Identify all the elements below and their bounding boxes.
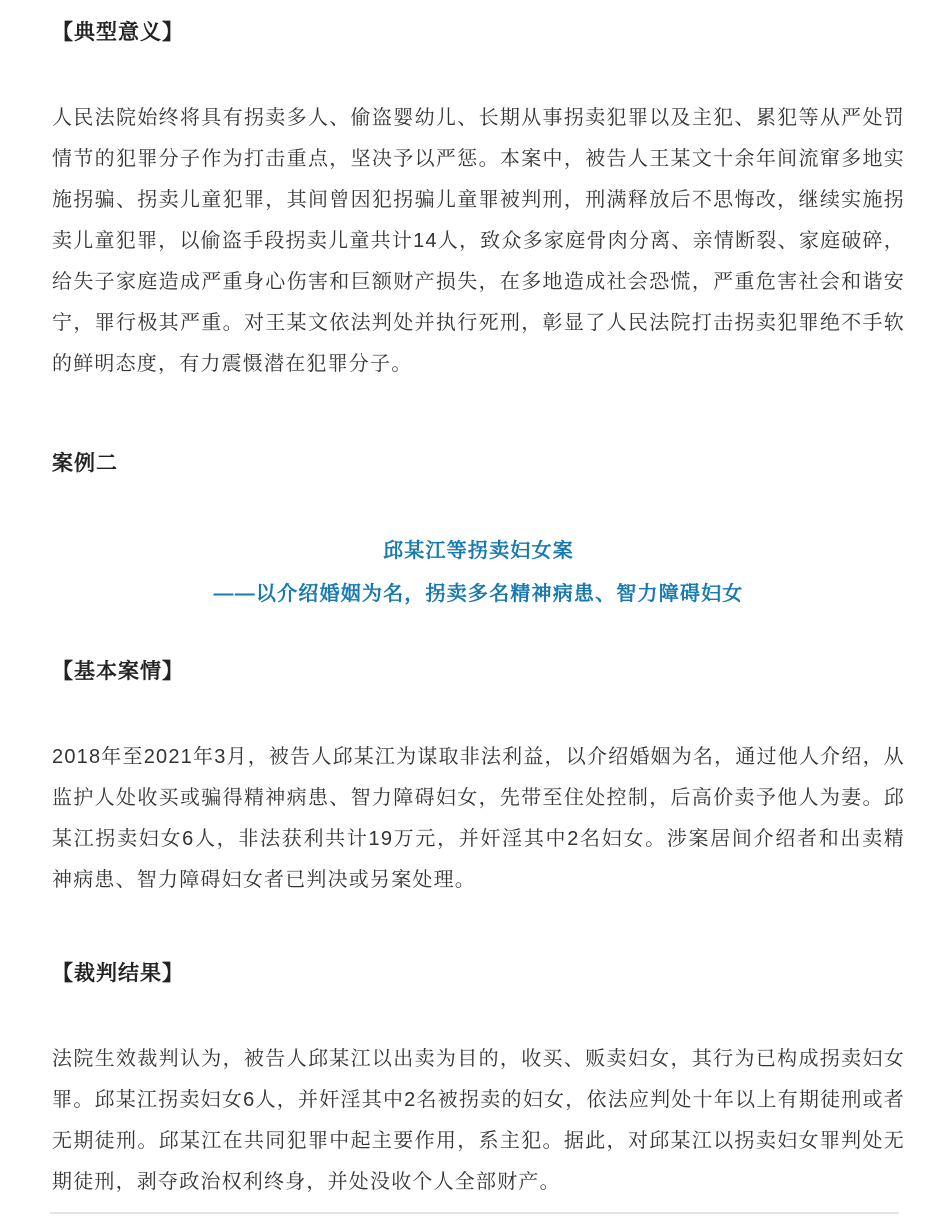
paragraph-basic-facts: 2018年至2021年3月，被告人邱某江为谋取非法利益，以介绍婚姻为名，通过他人… [52,737,905,901]
article-body: 【典型意义】 人民法院始终将具有拐卖多人、偷盗婴幼儿、长期从事拐卖犯罪以及主犯、… [0,0,931,1214]
case-two-title: 邱某江等拐卖妇女案 [52,536,905,566]
case-two-subtitle: ——以介绍婚姻为名，拐卖多名精神病患、智力障碍妇女 [52,579,905,609]
bottom-divider [50,1212,899,1214]
paragraph-judgment-result: 法院生效裁判认为，被告人邱某江以出卖为目的，收买、贩卖妇女，其行为已构成拐卖妇女… [52,1039,905,1203]
section-heading-judgment-result: 【裁判结果】 [52,961,905,987]
section-heading-typical-significance: 【典型意义】 [52,20,905,46]
paragraph-typical-significance: 人民法院始终将具有拐卖多人、偷盗婴幼儿、长期从事拐卖犯罪以及主犯、累犯等从严处罚… [52,98,905,385]
case-two-label: 案例二 [52,451,905,477]
section-heading-basic-facts: 【基本案情】 [52,659,905,685]
